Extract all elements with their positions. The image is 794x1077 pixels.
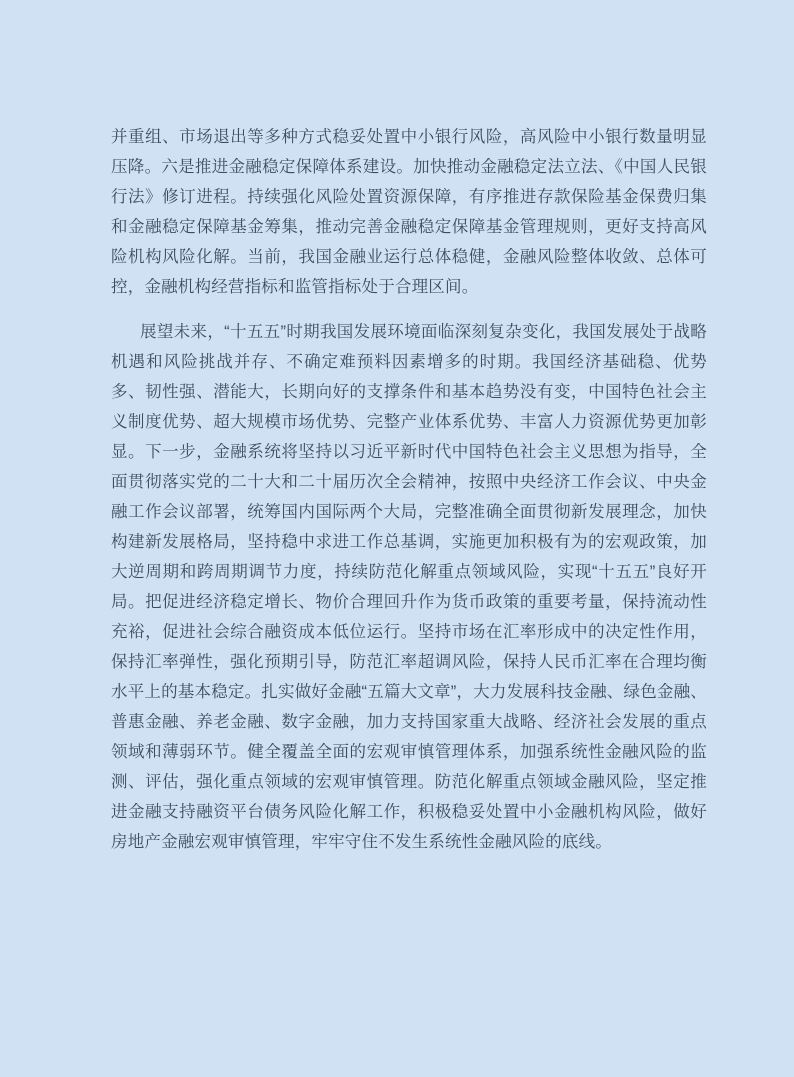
paragraph-1: 并重组、市场退出等多种方式稳妥处置中小银行风险，高风险中小银行数量明显压降。六是… [111, 122, 707, 302]
paragraph-2: 展望未来，“十五五”时期我国发展环境面临深刻复杂变化，我国发展处于战略机遇和风险… [111, 317, 707, 857]
document-page: 并重组、市场退出等多种方式稳妥处置中小银行风险，高风险中小银行数量明显压降。六是… [111, 122, 707, 872]
